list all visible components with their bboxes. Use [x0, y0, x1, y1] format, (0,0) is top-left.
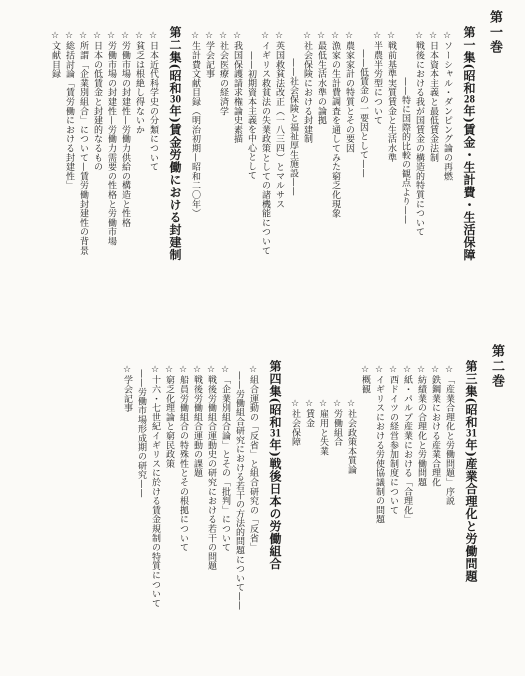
section-1-heading-year: 28 — [464, 95, 475, 105]
section-4-entries: ☆組合運動の「反省」と組合研究の「反省」 ——労働組合研究における若干の方法的問… — [120, 344, 260, 670]
section-1-heading-pre: 第一集(昭和 — [462, 26, 476, 95]
section-1: 第一集(昭和28年)賃金・生計費・生活保障 ☆ソーシャル・ダンピング論の再燃 ☆… — [188, 10, 479, 332]
section-4-heading-post: 年)戦後日本の労働組合 — [268, 439, 282, 570]
toc-entry: ☆日本資本主義と最低賃金法制 — [426, 31, 440, 332]
toc-entry: ☆学会記事 — [202, 31, 216, 332]
toc-entry: ☆英国救貧法改正（一八三四）とマルサス — [272, 31, 286, 332]
toc-entry: ——初期資本主義を中心として — [244, 31, 258, 332]
toc-entry: ☆我国保護請求権論史素描 — [230, 31, 244, 332]
toc-entry: ☆船員労働組合の特殊性とその根拠について — [176, 365, 190, 670]
toc-entry: ☆賃金 — [302, 365, 316, 670]
toc-entry: ——特に国際的比較の観点より—— — [398, 31, 412, 332]
toc-entry: ☆日本近代科学史の分類について — [146, 31, 160, 332]
section-1-heading-post: 年)賃金・生計費・生活保障 — [462, 105, 476, 261]
toc-entry: ☆漁家の生計費調査を通してみた窮乏化現象 — [328, 31, 342, 332]
section-2: 第二集(昭和30年)賃金労働における封建制 ☆日本近代科学史の分類について ☆貧… — [48, 10, 185, 332]
toc-entry: ☆戦後労働組合運動の課題 — [190, 365, 204, 670]
toc-entry: ——低賃金の一要因として—— — [356, 31, 370, 332]
toc-entry: ☆学会記事 — [120, 365, 134, 670]
toc-entry: ☆半農半労型について — [370, 31, 384, 332]
toc-entry: ☆イギリスにおける労使協議制の問題 — [372, 365, 386, 670]
section-2-entries: ☆日本近代科学史の分類について ☆貧乏は根絶し得ないか ☆労働市場の封建性—労働… — [48, 10, 160, 332]
toc-entry: ☆ソーシャル・ダンピング論の再燃 — [440, 31, 454, 332]
toc-entry: ☆労働市場の封建性—労働力需要の性格と労働市場 — [104, 31, 118, 332]
volume-1-block: 第一巻 第一集(昭和28年)賃金・生計費・生活保障 ☆ソーシャル・ダンピング論の… — [48, 10, 506, 332]
toc-entry: ☆戦後労働組合運動史の研究における若干の問題 — [204, 365, 218, 670]
toc-entry: ☆総括討論「賃労働における封建性」 — [62, 31, 76, 332]
volume-2-label: 第二巻 — [484, 344, 508, 670]
section-3-entries: ☆「産業合理化と労働問題」序説 ☆鉄鋼業における産業合理化 ☆紡績業の合理化と労… — [288, 344, 456, 670]
toc-entry: ☆貧乏は根絶し得ないか — [132, 31, 146, 332]
toc-entry: ☆所謂「企業別組合」について—賃労働封建性の背景 — [76, 31, 90, 332]
toc-entry: ☆「産業合理化と労働問題」序説 — [442, 365, 456, 670]
section-4: 第四集(昭和31年)戦後日本の労働組合 ☆組合運動の「反省」と組合研究の「反省」… — [120, 344, 285, 670]
section-3-heading-post: 年)産業合理化と労働問題 — [464, 439, 478, 583]
toc-entry: ☆労働組合 — [330, 365, 344, 670]
toc-entry: ☆紡績業の合理化と労働問題 — [414, 365, 428, 670]
toc-entry: ☆社会政策本質論 — [344, 365, 358, 670]
section-3-heading: 第三集(昭和31年)産業合理化と労働問題 — [461, 344, 481, 670]
toc-entry: ☆組合運動の「反省」と組合研究の「反省」 — [246, 365, 260, 670]
toc-entry: ☆「企業別組合論」とその「批判」について — [218, 365, 232, 670]
toc-entry: ☆イギリス救貧法の失業政策としての諸機能について — [258, 31, 272, 332]
toc-entry: ——労働市場形成期の研究—— — [134, 365, 148, 670]
section-2-heading-year: 30 — [170, 95, 181, 105]
section-3: 第三集(昭和31年)産業合理化と労働問題 ☆「産業合理化と労働問題」序説 ☆鉄鋼… — [288, 344, 481, 670]
toc-entry: ☆西ドイツの経営参加制度について — [386, 365, 400, 670]
toc-entry: ☆十六・七世紀イギリスに於ける賃金規制の特質について — [148, 365, 162, 670]
toc-entry: ☆紙・パルプ産業における「合理化」 — [400, 365, 414, 670]
toc-entry: ☆文献目録 — [48, 31, 62, 332]
section-2-heading-post: 年)賃金労働における封建制 — [168, 105, 182, 261]
toc-entry: ——社会保険と福祉厚生施設—— — [286, 31, 300, 332]
toc-entry: ——労働組合研究における若干の方法的問題について—— — [232, 365, 246, 670]
toc-entry: ☆最低生活水準の論拠 — [314, 31, 328, 332]
section-2-heading: 第二集(昭和30年)賃金労働における封建制 — [165, 10, 185, 332]
section-4-heading-pre: 第四集(昭和 — [268, 360, 282, 429]
toc-entry: ☆鉄鋼業における産業合理化 — [428, 365, 442, 670]
toc-page: 第一巻 第一集(昭和28年)賃金・生計費・生活保障 ☆ソーシャル・ダンピング論の… — [0, 0, 525, 676]
section-4-heading: 第四集(昭和31年)戦後日本の労働組合 — [265, 344, 285, 670]
section-2-heading-pre: 第二集(昭和 — [168, 26, 182, 95]
section-3-heading-pre: 第三集(昭和 — [464, 360, 478, 429]
volume-1-label: 第一巻 — [482, 10, 506, 332]
toc-entry: ☆雇用と失業 — [316, 365, 330, 670]
toc-entry: ☆労働市場の封建性—労働力供給の構造と性格 — [118, 31, 132, 332]
toc-entry: ☆概観 — [358, 365, 372, 670]
section-3-heading-year: 31 — [466, 429, 477, 439]
toc-entry: ☆戦後における我が国賃金の構造的特質について — [412, 31, 426, 332]
toc-entry: ☆社会保障 — [288, 365, 302, 670]
toc-entry: ☆日本の低賃金と封建的なるもの — [90, 31, 104, 332]
toc-entry: ☆社会保険における封建制 — [300, 31, 314, 332]
toc-entry: ☆戦前基準実質賃金と生活水準 — [384, 31, 398, 332]
volume-2-block: 第二巻 第三集(昭和31年)産業合理化と労働問題 ☆「産業合理化と労働問題」序説… — [120, 344, 508, 670]
toc-entry: ☆生計費文献目録（明治初期—昭和二〇年） — [188, 31, 202, 332]
section-1-entries: ☆ソーシャル・ダンピング論の再燃 ☆日本資本主義と最低賃金法制 ☆戦後における我… — [188, 10, 454, 332]
section-4-heading-year: 31 — [270, 429, 281, 439]
section-1-heading: 第一集(昭和28年)賃金・生計費・生活保障 — [459, 10, 479, 332]
toc-entry: ☆窮乏化理論と窮民政策 — [162, 365, 176, 670]
toc-entry: ☆社会医療の経済学 — [216, 31, 230, 332]
toc-entry: ☆農家家計の特質とその要因 — [342, 31, 356, 332]
